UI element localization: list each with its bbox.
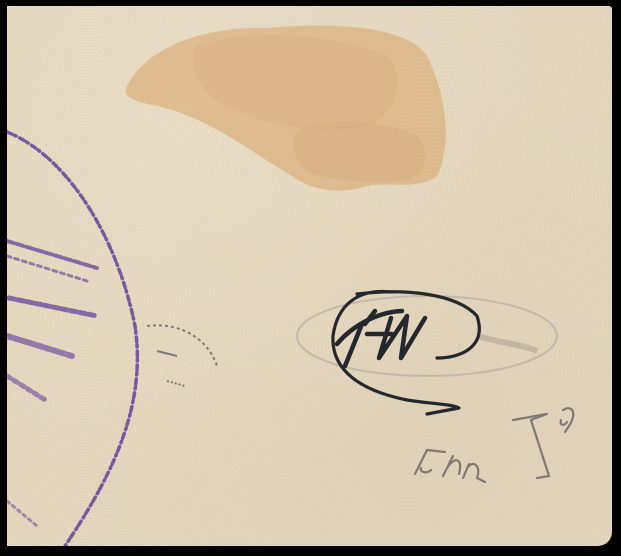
paper-piece: AFW onn …ES & FAVRION bbox=[7, 6, 612, 546]
pencil-oval bbox=[297, 296, 557, 376]
signature-afw bbox=[333, 291, 479, 414]
stain-mark bbox=[126, 26, 446, 191]
marks-layer bbox=[7, 6, 612, 546]
small-cachet bbox=[147, 325, 217, 386]
pencil-notation bbox=[415, 408, 573, 482]
violet-cancellation bbox=[7, 132, 137, 546]
